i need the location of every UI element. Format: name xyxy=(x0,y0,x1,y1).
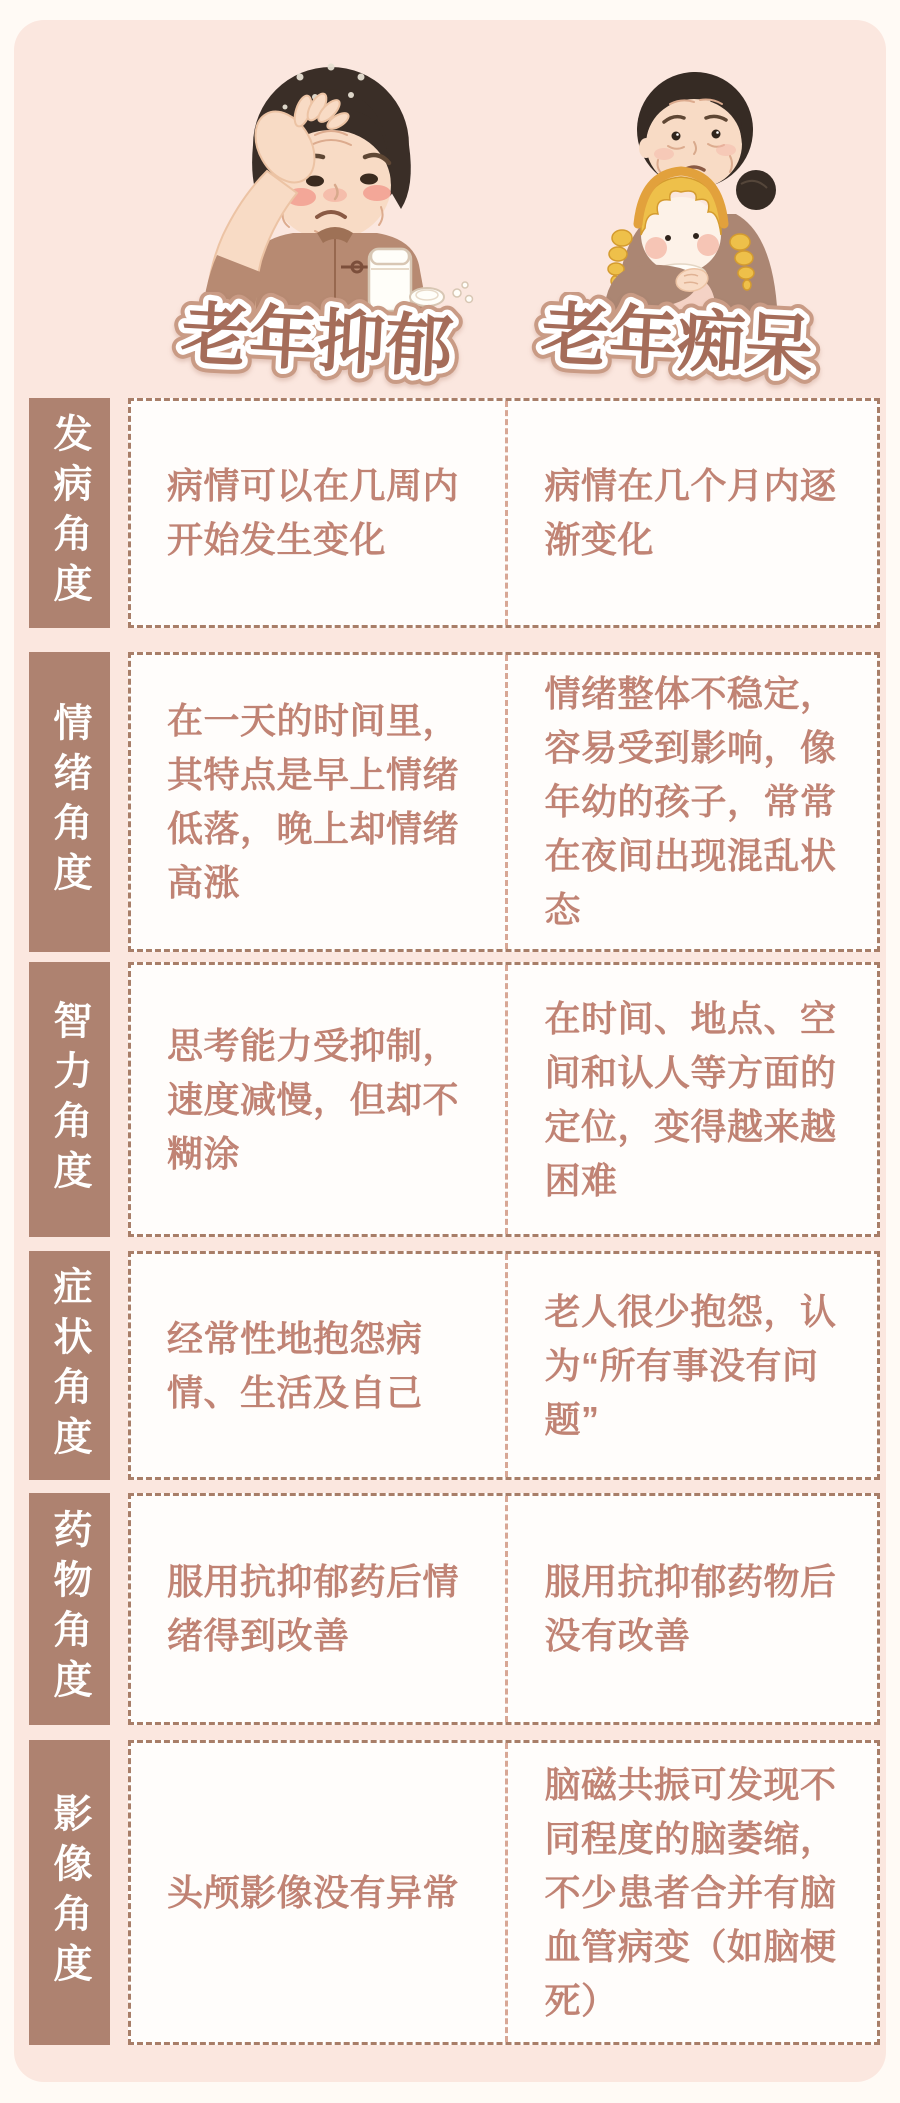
cell-text: 情绪整体不稳定，容易受到影响，像年幼的孩子，常常在夜间出现混乱状态 xyxy=(508,661,877,943)
dementia-cell: 情绪整体不稳定，容易受到影响，像年幼的孩子，常常在夜间出现混乱状态 xyxy=(505,655,877,949)
cell-text: 病情在几个月内逐渐变化 xyxy=(508,453,877,573)
cell-text: 病情可以在几周内开始发生变化 xyxy=(131,453,505,573)
header: 老年抑郁 老年抑郁 老年痴呆 老年痴呆 xyxy=(14,20,886,398)
pink-panel: 老年抑郁 老年抑郁 老年痴呆 老年痴呆 发病角度 病情可以在几周内开始发生变化 … xyxy=(14,20,886,2082)
title-elderly-dementia: 老年痴呆 老年痴呆 xyxy=(497,292,857,392)
cell-text: 在一天的时间里，其特点是早上情绪低落，晚上却情绪高涨 xyxy=(131,688,505,916)
dementia-woman-illustration xyxy=(588,42,878,327)
row-cells: 头颅影像没有异常 脑磁共振可发现不同程度的脑萎缩，不少患者合并有脑血管病变（如脑… xyxy=(128,1740,880,2045)
row-cells: 病情可以在几周内开始发生变化 病情在几个月内逐渐变化 xyxy=(128,398,880,628)
table-row-intelligence: 智力角度 思考能力受抑制，速度减慢，但却不糊涂 在时间、地点、空间和认人等方面的… xyxy=(29,962,880,1237)
dementia-cell: 在时间、地点、空间和认人等方面的定位，变得越来越困难 xyxy=(505,965,877,1234)
row-label-text: 药物角度 xyxy=(50,1509,89,1709)
table-row-onset: 发病角度 病情可以在几周内开始发生变化 病情在几个月内逐渐变化 xyxy=(29,398,880,628)
row-label-text: 情绪角度 xyxy=(50,702,89,902)
row-cells: 在一天的时间里，其特点是早上情绪低落，晚上却情绪高涨 情绪整体不稳定，容易受到影… xyxy=(128,652,880,952)
svg-text:老年抑郁: 老年抑郁 xyxy=(179,296,455,386)
depression-cell: 经常性地抱怨病情、生活及自己 xyxy=(131,1254,505,1477)
depression-cell: 服用抗抑郁药后情绪得到改善 xyxy=(131,1496,505,1722)
table-row-emotion: 情绪角度 在一天的时间里，其特点是早上情绪低落，晚上却情绪高涨 情绪整体不稳定，… xyxy=(29,652,880,952)
row-cells: 服用抗抑郁药后情绪得到改善 服用抗抑郁药物后没有改善 xyxy=(128,1493,880,1725)
infographic-depression-vs-dementia: { "header": { "left_title": "老年抑郁", "rig… xyxy=(0,0,900,2103)
depression-cell: 思考能力受抑制，速度减慢，但却不糊涂 xyxy=(131,965,505,1234)
depression-cell: 病情可以在几周内开始发生变化 xyxy=(131,401,505,625)
dementia-cell: 脑磁共振可发现不同程度的脑萎缩，不少患者合并有脑血管病变（如脑梗死） xyxy=(505,1743,877,2042)
svg-text:老年痴呆: 老年痴呆 xyxy=(539,296,815,386)
cell-text: 经常性地抱怨病情、生活及自己 xyxy=(131,1306,505,1426)
dementia-cell: 老人很少抱怨，认为“所有事没有问题” xyxy=(505,1254,877,1477)
cell-text: 思考能力受抑制，速度减慢，但却不糊涂 xyxy=(131,1013,505,1187)
row-category-label: 症状角度 xyxy=(29,1251,110,1480)
row-cells: 思考能力受抑制，速度减慢，但却不糊涂 在时间、地点、空间和认人等方面的定位，变得… xyxy=(128,962,880,1237)
cell-text: 服用抗抑郁药后情绪得到改善 xyxy=(131,1549,505,1669)
row-label-text: 智力角度 xyxy=(50,1000,89,1200)
title-elderly-depression: 老年抑郁 老年抑郁 xyxy=(137,292,497,392)
row-category-label: 影像角度 xyxy=(29,1740,110,2045)
table-row-medication: 药物角度 服用抗抑郁药后情绪得到改善 服用抗抑郁药物后没有改善 xyxy=(29,1493,880,1725)
row-category-label: 药物角度 xyxy=(29,1493,110,1725)
row-label-text: 症状角度 xyxy=(50,1266,89,1466)
depression-cell: 头颅影像没有异常 xyxy=(131,1743,505,2042)
dementia-cell: 病情在几个月内逐渐变化 xyxy=(505,401,877,625)
row-category-label: 智力角度 xyxy=(29,962,110,1237)
cell-text: 服用抗抑郁药物后没有改善 xyxy=(508,1549,877,1669)
cell-text: 老人很少抱怨，认为“所有事没有问题” xyxy=(508,1279,877,1453)
row-category-label: 情绪角度 xyxy=(29,652,110,952)
cell-text: 在时间、地点、空间和认人等方面的定位，变得越来越困难 xyxy=(508,986,877,1214)
table-row-imaging: 影像角度 头颅影像没有异常 脑磁共振可发现不同程度的脑萎缩，不少患者合并有脑血管… xyxy=(29,1740,880,2045)
row-cells: 经常性地抱怨病情、生活及自己 老人很少抱怨，认为“所有事没有问题” xyxy=(128,1251,880,1480)
dementia-cell: 服用抗抑郁药物后没有改善 xyxy=(505,1496,877,1722)
table-row-symptoms: 症状角度 经常性地抱怨病情、生活及自己 老人很少抱怨，认为“所有事没有问题” xyxy=(29,1251,880,1480)
depression-cell: 在一天的时间里，其特点是早上情绪低落，晚上却情绪高涨 xyxy=(131,655,505,949)
row-label-text: 发病角度 xyxy=(50,413,89,613)
cell-text: 头颅影像没有异常 xyxy=(131,1860,479,1926)
row-category-label: 发病角度 xyxy=(29,398,110,628)
comparison-table: 发病角度 病情可以在几周内开始发生变化 病情在几个月内逐渐变化 情绪角度 在一天… xyxy=(14,398,886,2045)
row-label-text: 影像角度 xyxy=(50,1793,89,1993)
depressed-woman-illustration xyxy=(165,35,495,330)
cell-text: 脑磁共振可发现不同程度的脑萎缩，不少患者合并有脑血管病变（如脑梗死） xyxy=(508,1752,877,2034)
